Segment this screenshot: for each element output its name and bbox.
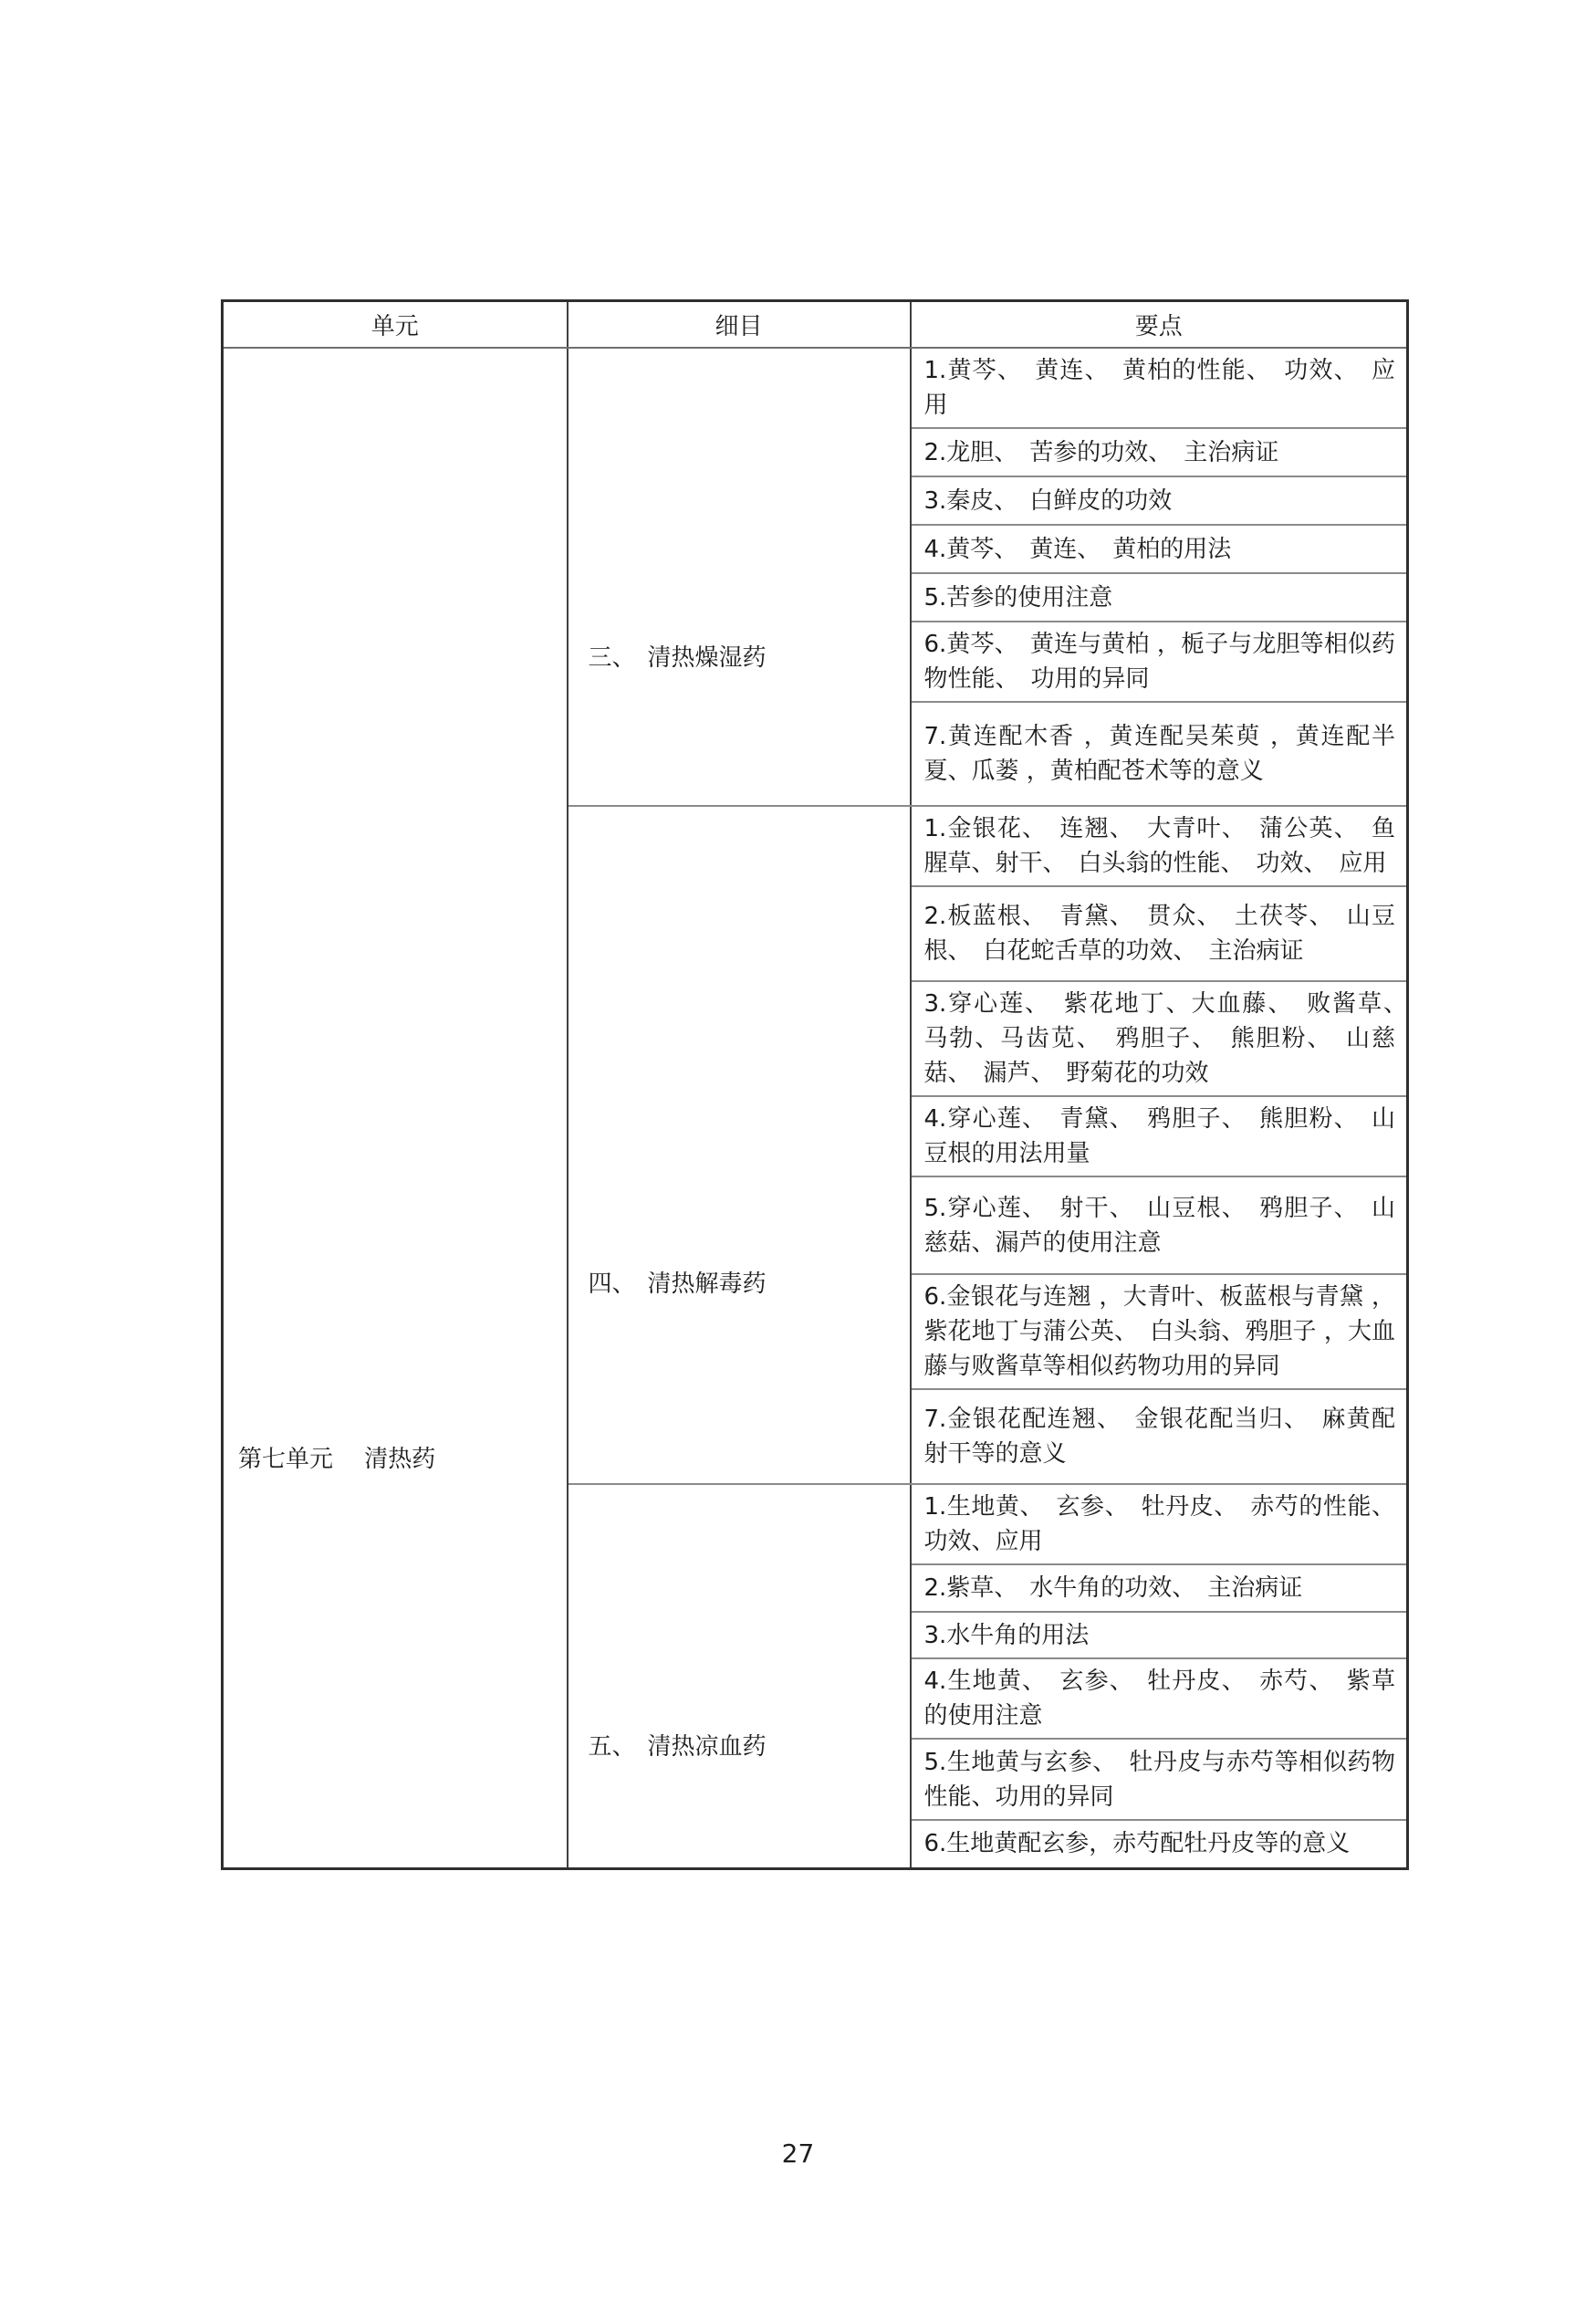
point-cell: 4.生地黄、 玄参、 牡丹皮、 赤芍、 紫草的使用注意 [911, 1658, 1408, 1739]
point-cell: 7.黄连配木香 ，黄连配吴茱萸 ，黄连配半夏、瓜蒌 ，黄柏配苍术等的意义 [911, 702, 1408, 806]
point-cell: 6.生地黄配玄参，赤芍配牡丹皮等的意义 [911, 1820, 1408, 1868]
subcategory-cell: 三、 清热燥湿药 [568, 348, 911, 806]
point-cell: 4.穿心莲、 青黛、 鸦胆子、 熊胆粉、 山豆根的用法用量 [911, 1096, 1408, 1176]
subcategory-label: 五、 清热凉血药 [589, 1730, 767, 1764]
point-cell: 6.黄芩、 黄连与黄柏 ，栀子与龙胆等相似药物性能、 功用的异同 [911, 622, 1408, 702]
document-page: 单元 细目 要点 第七单元 清热药三、 清热燥湿药1.黄芩、 黄连、 黄柏的性能… [0, 0, 1596, 2300]
point-cell: 2.龙胆、 苦参的功效、 主治病证 [911, 428, 1408, 476]
col-header-points: 要点 [911, 301, 1408, 349]
point-cell: 5.穿心莲、 射干、 山豆根、 鸦胆子、 山慈菇、漏芦的使用注意 [911, 1176, 1408, 1274]
table-header: 单元 细目 要点 [223, 301, 1408, 349]
page-number: 27 [0, 2138, 1596, 2169]
unit-label: 第七单元 清热药 [238, 1442, 435, 1477]
col-header-subcategory: 细目 [568, 301, 911, 349]
point-cell: 4.黄芩、 黄连、 黄柏的用法 [911, 525, 1408, 573]
header-row: 单元 细目 要点 [223, 301, 1408, 349]
subcategory-cell: 五、 清热凉血药 [568, 1484, 911, 1868]
point-cell: 1.黄芩、 黄连、 黄柏的性能、 功效、 应用 [911, 348, 1408, 428]
point-cell: 3.秦皮、 白鲜皮的功效 [911, 476, 1408, 525]
table-body: 第七单元 清热药三、 清热燥湿药1.黄芩、 黄连、 黄柏的性能、 功效、 应用2… [223, 348, 1408, 1868]
col-header-unit: 单元 [223, 301, 568, 349]
point-cell: 7.金银花配连翘、 金银花配当归、 麻黄配射干等的意义 [911, 1389, 1408, 1484]
point-cell: 1.生地黄、 玄参、 牡丹皮、 赤芍的性能、功效、应用 [911, 1484, 1408, 1564]
table-row: 第七单元 清热药三、 清热燥湿药1.黄芩、 黄连、 黄柏的性能、 功效、 应用 [223, 348, 1408, 428]
point-cell: 3.穿心莲、 紫花地丁、大血藤、 败酱草、 马勃、马齿苋、 鸦胆子、 熊胆粉、 … [911, 981, 1408, 1096]
syllabus-table: 单元 细目 要点 第七单元 清热药三、 清热燥湿药1.黄芩、 黄连、 黄柏的性能… [221, 299, 1409, 1870]
subcategory-label: 三、 清热燥湿药 [589, 641, 767, 675]
point-cell: 2.紫草、 水牛角的功效、 主治病证 [911, 1564, 1408, 1612]
subcategory-cell: 四、 清热解毒药 [568, 806, 911, 1484]
point-cell: 6.金银花与连翘 ，大青叶、板蓝根与青黛 ，紫花地丁与蒲公英、 白头翁、鸦胆子 … [911, 1274, 1408, 1389]
unit-cell: 第七单元 清热药 [223, 348, 568, 1868]
point-cell: 1.金银花、 连翘、 大青叶、 蒲公英、 鱼腥草、射干、 白头翁的性能、 功效、… [911, 806, 1408, 886]
point-cell: 3.水牛角的用法 [911, 1612, 1408, 1658]
point-cell: 2.板蓝根、 青黛、 贯众、 土茯苓、 山豆根、 白花蛇舌草的功效、 主治病证 [911, 886, 1408, 981]
point-cell: 5.苦参的使用注意 [911, 573, 1408, 622]
subcategory-label: 四、 清热解毒药 [589, 1267, 767, 1302]
point-cell: 5.生地黄与玄参、 牡丹皮与赤芍等相似药物性能、功用的异同 [911, 1739, 1408, 1820]
